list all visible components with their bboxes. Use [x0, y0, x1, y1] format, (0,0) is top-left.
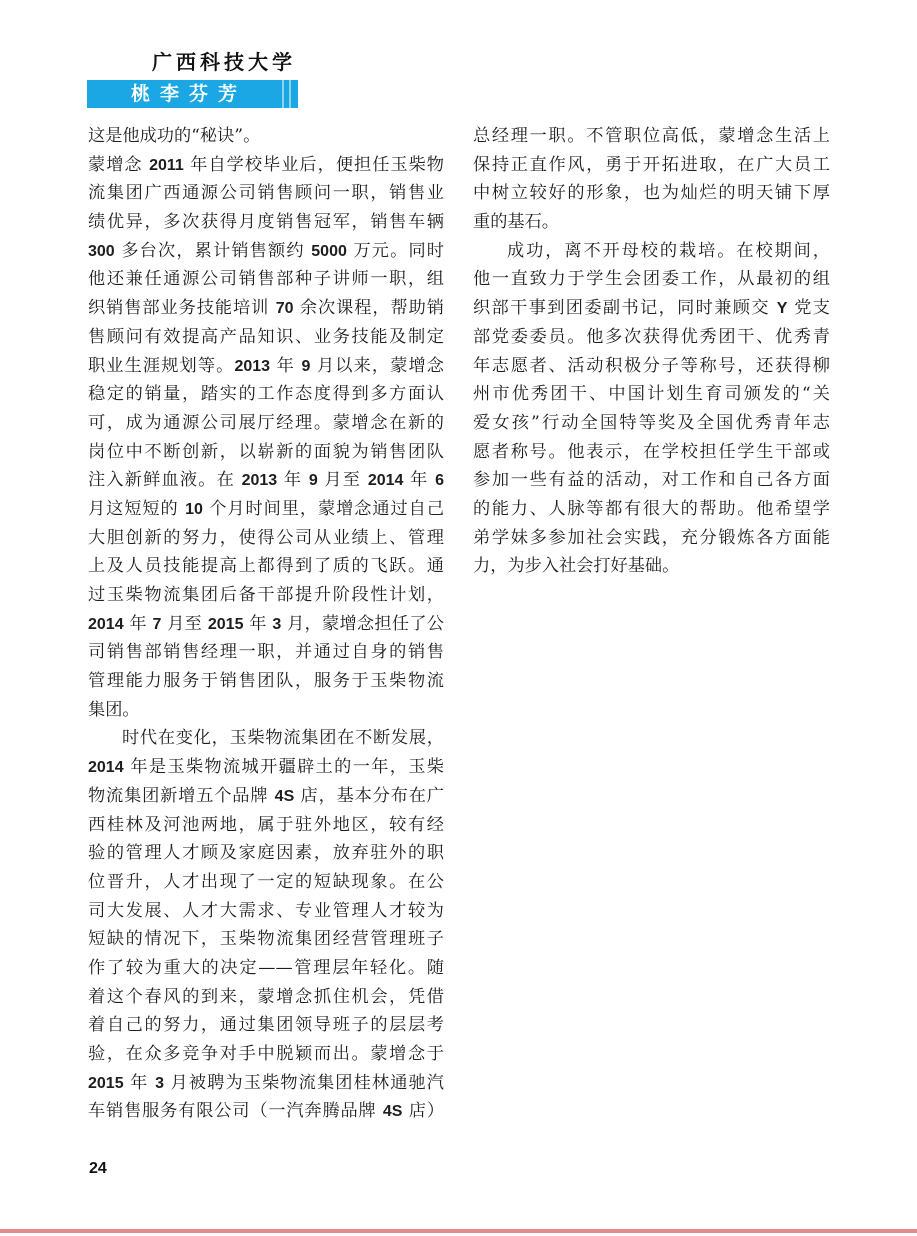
text-line: 他还兼任通源公司销售部种子讲师一职，组 [88, 265, 444, 294]
text-line: 流集团广西通源公司销售顾问一职，销售业 [88, 179, 444, 208]
section-label: 桃李芬芳 [131, 82, 247, 106]
section-banner: 桃李芬芳 [87, 80, 298, 108]
text-line: 愿者称号。他表示，在学校担任学生干部或 [473, 438, 830, 467]
text-line: 的能力、人脉等都有很大的帮助。他希望学 [473, 495, 830, 524]
text-line: 中树立较好的形象，也为灿烂的明天铺下厚 [473, 179, 830, 208]
text-line: 职业生涯规划等。2013 年 9 月以来，蒙增念 [88, 352, 444, 381]
text-line: 集团。 [88, 696, 444, 725]
text-line: 着自己的努力，通过集团领导班子的层层考 [88, 1011, 444, 1040]
text-line: 司销售部销售经理一职，并通过自身的销售 [88, 638, 444, 667]
banner-stripe [282, 80, 284, 108]
bottom-rule [0, 1229, 917, 1233]
text-line: 岗位中不断创新，以崭新的面貌为销售团队 [88, 438, 444, 467]
text-line: 参加一些有益的活动，对工作和自己各方面 [473, 466, 830, 495]
text-line: 着这个春风的到来，蒙增念抓住机会，凭借 [88, 983, 444, 1012]
text-line: 织部干事到团委副书记，同时兼顾交 Y 党支 [473, 294, 830, 323]
text-line: 部党委委员。他多次获得优秀团干、优秀青 [473, 323, 830, 352]
text-line: 大胆创新的努力，使得公司从业绩上、管理 [88, 524, 444, 553]
text-line: 验的管理人才顾及家庭因素，放弃驻外的职 [88, 839, 444, 868]
text-line: 总经理一职。不管职位高低，蒙增念生活上 [473, 122, 830, 151]
text-line: 成功，离不开母校的栽培。在校期间， [473, 237, 830, 266]
text-line: 物流集团新增五个品牌 4S 店，基本分布在广 [88, 782, 444, 811]
text-line: 州市优秀团干、中国计划生育司颁发的“关 [473, 380, 830, 409]
text-line: 注入新鲜血液。在 2013 年 9 月至 2014 年 6 [88, 466, 444, 495]
text-line: 织销售部业务技能培训 70 余次课程，帮助销 [88, 294, 444, 323]
university-title: 广西科技大学 [152, 50, 298, 74]
text-line: 上及人员技能提高上都得到了质的飞跃。通 [88, 552, 444, 581]
text-line: 年志愿者、活动积极分子等称号，还获得柳 [473, 352, 830, 381]
text-line: 过玉柴物流集团后备干部提升阶段性计划， [88, 581, 444, 610]
text-line: 时代在变化，玉柴物流集团在不断发展， [88, 724, 444, 753]
text-line: 保持正直作风，勇于开拓进取，在广大员工 [473, 151, 830, 180]
text-line: 稳定的销量，踏实的工作态度得到多方面认 [88, 380, 444, 409]
article-column-right: 总经理一职。不管职位高低，蒙增念生活上保持正直作风，勇于开拓进取，在广大员工中树… [473, 122, 830, 581]
text-line: 位晋升，人才出现了一定的短缺现象。在公 [88, 868, 444, 897]
text-line: 蒙增念 2011 年自学校毕业后，便担任玉柴物 [88, 151, 444, 180]
text-line: 2014 年 7 月至 2015 年 3 月，蒙增念担任了公 [88, 610, 444, 639]
text-line: 验，在众多竞争对手中脱颖而出。蒙增念于 [88, 1040, 444, 1069]
text-line: 可，成为通源公司展厅经理。蒙增念在新的 [88, 409, 444, 438]
text-line: 2015 年 3 月被聘为玉柴物流集团桂林通驰汽 [88, 1069, 444, 1098]
text-line: 管理能力服务于销售团队，服务于玉柴物流 [88, 667, 444, 696]
page-number: 24 [89, 1160, 107, 1178]
text-line: 售顾问有效提高产品知识、业务技能及制定 [88, 323, 444, 352]
text-line: 300 多台次，累计销售额约 5000 万元。同时 [88, 237, 444, 266]
text-line: 司大发展、人才大需求、专业管理人才较为 [88, 897, 444, 926]
text-line: 绩优异，多次获得月度销售冠军，销售车辆 [88, 208, 444, 237]
text-line: 西桂林及河池两地，属于驻外地区，较有经 [88, 811, 444, 840]
text-line: 2014 年是玉柴物流城开疆辟土的一年，玉柴 [88, 753, 444, 782]
article-column-left: 这是他成功的“秘诀”。蒙增念 2011 年自学校毕业后，便担任玉柴物流集团广西通… [88, 122, 444, 1126]
text-line: 弟学妹多参加社会实践，充分锻炼各方面能 [473, 524, 830, 553]
text-line: 车销售服务有限公司（一汽奔腾品牌 4S 店） [88, 1097, 444, 1126]
text-line: 作了较为重大的决定——管理层年轻化。随 [88, 954, 444, 983]
text-line: 爱女孩”行动全国特等奖及全国优秀青年志 [473, 409, 830, 438]
banner-stripe [289, 80, 291, 108]
text-line: 短缺的情况下，玉柴物流集团经营管理班子 [88, 925, 444, 954]
text-line: 他一直致力于学生会团委工作，从最初的组 [473, 265, 830, 294]
text-line: 力，为步入社会打好基础。 [473, 552, 830, 581]
text-line: 重的基石。 [473, 208, 830, 237]
text-line: 这是他成功的“秘诀”。 [88, 122, 444, 151]
text-line: 月这短短的 10 个月时间里，蒙增念通过自己 [88, 495, 444, 524]
